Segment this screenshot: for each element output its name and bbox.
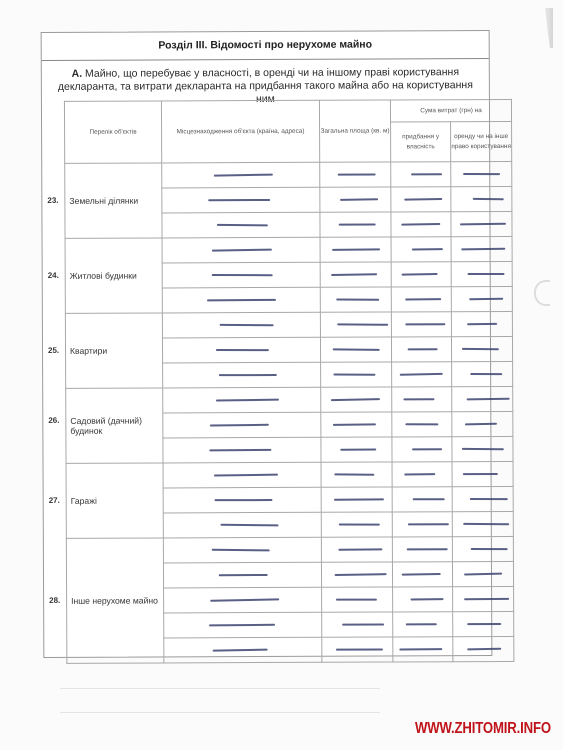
handwritten-dash xyxy=(404,198,442,201)
handwritten-dash xyxy=(412,248,443,250)
handwritten-dash xyxy=(338,524,379,526)
handwritten-dash xyxy=(220,524,278,527)
dash-cell xyxy=(392,362,452,387)
header-location: Місцезнаходження об'єкта (країна, адреса… xyxy=(161,100,319,163)
handwritten-dash xyxy=(403,398,434,400)
next-section-line xyxy=(60,712,380,713)
table-row: 27.Гаражі xyxy=(66,461,513,488)
handwritten-dash xyxy=(463,173,500,175)
category-number: 25. xyxy=(48,346,59,355)
dash-cell xyxy=(163,362,321,388)
page-corner-fold xyxy=(545,8,553,48)
dash-cell xyxy=(452,486,513,511)
category-number: 24. xyxy=(48,271,59,280)
handwritten-dash xyxy=(405,423,438,425)
dash-cell xyxy=(164,587,322,613)
dash-cell xyxy=(391,162,451,187)
handwritten-dash xyxy=(464,598,509,600)
category-text: Садовий (дачний) будинок xyxy=(70,416,142,436)
handwritten-dash xyxy=(210,424,269,427)
handwritten-dash xyxy=(214,174,273,177)
dash-cell xyxy=(162,262,320,288)
category-label: 26.Садовий (дачний) будинок xyxy=(66,388,163,463)
handwritten-dash xyxy=(406,623,437,625)
dash-cell xyxy=(392,562,452,587)
site-watermark: WWW.ZHITOMIR.INFO xyxy=(415,720,551,738)
handwritten-dash xyxy=(332,423,375,425)
dash-cell xyxy=(391,262,451,287)
handwritten-dash xyxy=(211,249,271,252)
handwritten-dash xyxy=(412,498,444,500)
dash-cell xyxy=(163,412,321,438)
handwritten-dash xyxy=(407,348,437,350)
handwritten-dash xyxy=(214,499,272,501)
dash-cell xyxy=(162,187,320,213)
handwritten-dash xyxy=(404,473,435,475)
handwritten-dash xyxy=(400,373,443,376)
handwritten-dash xyxy=(208,199,270,201)
dash-cell xyxy=(321,412,392,437)
handwritten-dash xyxy=(335,599,376,601)
handwritten-dash xyxy=(399,648,442,650)
handwritten-dash xyxy=(466,398,509,401)
dash-cell xyxy=(391,312,451,337)
handwritten-dash xyxy=(340,448,376,450)
handwritten-dash xyxy=(213,649,268,652)
dash-cell xyxy=(163,487,321,513)
dash-cell xyxy=(452,536,513,561)
hole-punch xyxy=(534,280,550,306)
handwritten-dash xyxy=(217,224,268,227)
dash-cell xyxy=(391,212,451,237)
handwritten-dash xyxy=(213,474,277,477)
handwritten-dash xyxy=(461,248,505,251)
handwritten-dash xyxy=(467,273,504,275)
handwritten-dash xyxy=(335,649,382,651)
dash-cell xyxy=(320,262,391,287)
handwritten-dash xyxy=(401,223,440,226)
handwritten-dash xyxy=(337,323,388,325)
handwritten-dash xyxy=(331,273,377,276)
handwritten-dash xyxy=(216,399,279,402)
dash-cell xyxy=(452,361,513,386)
handwritten-dash xyxy=(334,498,384,500)
handwritten-dash xyxy=(210,598,279,601)
header-area: Загальна площа (кв. м) xyxy=(319,100,390,162)
handwritten-dash xyxy=(470,498,508,500)
dash-cell xyxy=(321,487,392,512)
category-text: Земельні ділянки xyxy=(69,196,138,206)
handwritten-dash xyxy=(467,623,501,625)
handwritten-dash xyxy=(463,523,509,525)
handwritten-dash xyxy=(408,523,449,525)
dash-cell xyxy=(451,186,512,211)
handwritten-dash xyxy=(334,473,374,475)
dash-cell xyxy=(391,237,451,262)
dash-cell xyxy=(162,162,320,188)
dash-cell xyxy=(321,537,392,562)
dash-cell xyxy=(392,462,452,487)
dash-cell xyxy=(392,487,452,512)
handwritten-dash xyxy=(219,574,268,576)
dash-cell xyxy=(322,587,393,612)
dash-cell xyxy=(163,512,321,538)
dash-cell xyxy=(392,537,452,562)
dash-cell xyxy=(451,311,512,336)
handwritten-dash xyxy=(212,274,273,276)
dash-cell xyxy=(452,561,513,586)
table-row: 24.Житлові будинки xyxy=(65,236,512,263)
dash-cell xyxy=(164,637,322,663)
dash-cell xyxy=(162,212,320,238)
category-label: 25.Квартири xyxy=(65,313,162,388)
handwritten-dash xyxy=(465,423,497,426)
dash-cell xyxy=(320,312,391,337)
table-row: 28.Інше нерухоме майно xyxy=(66,536,513,563)
dash-cell xyxy=(451,336,512,361)
dash-cell xyxy=(162,287,320,313)
dash-cell xyxy=(453,586,514,611)
category-text: Житлові будинки xyxy=(70,271,137,281)
dash-cell xyxy=(163,437,321,463)
dash-cell xyxy=(391,187,451,212)
dash-cell xyxy=(162,237,320,263)
table-row: 26.Садовий (дачний) будинок xyxy=(66,386,513,413)
handwritten-dash xyxy=(342,624,384,626)
handwritten-dash xyxy=(470,548,507,550)
dash-cell xyxy=(451,161,512,186)
dash-cell xyxy=(162,337,320,363)
handwritten-dash xyxy=(219,324,273,326)
dash-cell xyxy=(391,287,451,312)
section-title: Розділ III. Відомості про нерухоме майно xyxy=(42,31,489,61)
category-number: 28. xyxy=(49,596,60,605)
handwritten-dash xyxy=(218,374,276,376)
dash-cell xyxy=(320,212,391,237)
handwritten-dash xyxy=(472,198,503,200)
category-number: 23. xyxy=(47,196,58,205)
header-objects: Перелік об'єктів xyxy=(64,101,161,163)
handwritten-dash xyxy=(333,373,375,375)
handwritten-dash xyxy=(332,348,379,351)
handwritten-dash xyxy=(207,299,276,301)
dash-cell xyxy=(453,636,514,661)
real-estate-table: Перелік об'єктів Місцезнаходження об'єкт… xyxy=(64,99,514,664)
handwritten-dash xyxy=(402,573,441,576)
handwritten-dash xyxy=(460,223,506,226)
dash-cell xyxy=(322,637,393,662)
dash-cell xyxy=(392,387,452,412)
dash-cell xyxy=(162,312,320,338)
category-number: 27. xyxy=(49,496,60,505)
handwritten-dash xyxy=(470,373,502,375)
dash-cell xyxy=(163,387,321,413)
next-section-line xyxy=(60,688,380,689)
handwritten-dash xyxy=(411,173,442,175)
handwritten-dash xyxy=(336,298,379,300)
dash-cell xyxy=(392,412,452,437)
dash-cell xyxy=(320,337,391,362)
dash-cell xyxy=(321,387,392,412)
dash-cell xyxy=(392,512,452,537)
subsection-letter: А. xyxy=(72,68,83,80)
dash-cell xyxy=(451,286,512,311)
handwritten-dash xyxy=(340,198,378,201)
handwritten-dash xyxy=(461,348,498,350)
dash-cell xyxy=(391,337,451,362)
category-label: 28.Інше нерухоме майно xyxy=(66,538,164,663)
declaration-form-section: Розділ III. Відомості про нерухоме майно… xyxy=(41,30,493,658)
handwritten-dash xyxy=(401,273,437,276)
dash-cell xyxy=(321,562,392,587)
handwritten-dash xyxy=(332,248,380,250)
header-expenses: Сума витрат (грн) на xyxy=(390,99,511,122)
dash-cell xyxy=(453,611,514,636)
dash-cell xyxy=(163,562,321,588)
dash-cell xyxy=(321,437,392,462)
header-rent: оренду чи на інше право користування xyxy=(451,121,512,161)
dash-cell xyxy=(393,637,453,662)
dash-cell xyxy=(321,362,392,387)
header-purchase: придбання у власність xyxy=(391,122,451,162)
dash-cell xyxy=(163,537,321,563)
handwritten-dash xyxy=(330,398,379,401)
dash-cell xyxy=(392,437,452,462)
dash-cell xyxy=(451,236,512,261)
dash-cell xyxy=(452,511,513,536)
handwritten-dash xyxy=(338,174,376,176)
handwritten-dash xyxy=(469,298,503,301)
handwritten-dash xyxy=(407,548,448,550)
dash-cell xyxy=(320,187,391,212)
dash-cell xyxy=(452,411,513,436)
handwritten-dash xyxy=(209,449,271,451)
dash-cell xyxy=(452,386,513,411)
dash-cell xyxy=(451,261,512,286)
category-label: 23.Земельні ділянки xyxy=(65,163,162,238)
table-row: 25.Квартири xyxy=(65,311,512,338)
dash-cell xyxy=(321,462,392,487)
handwritten-dash xyxy=(209,624,275,627)
handwritten-dash xyxy=(405,298,441,300)
handwritten-dash xyxy=(462,473,497,475)
handwritten-dash xyxy=(216,349,269,351)
table-row: 23.Земельні ділянки xyxy=(65,161,512,188)
category-text: Гаражі xyxy=(71,496,97,506)
dash-cell xyxy=(320,162,391,187)
handwritten-dash xyxy=(338,548,382,550)
dash-cell xyxy=(320,287,391,312)
dash-cell xyxy=(452,436,513,461)
handwritten-dash xyxy=(338,224,375,226)
dash-cell xyxy=(164,612,322,638)
handwritten-dash xyxy=(467,323,497,325)
category-number: 26. xyxy=(48,416,59,425)
handwritten-dash xyxy=(462,448,504,450)
handwritten-dash xyxy=(467,648,501,651)
handwritten-dash xyxy=(405,323,445,325)
category-text: Інше нерухоме майно xyxy=(71,595,158,605)
handwritten-dash xyxy=(412,448,442,450)
category-label: 24.Житлові будинки xyxy=(65,238,162,313)
dash-cell xyxy=(163,462,321,488)
category-label: 27.Гаражі xyxy=(66,463,163,538)
dash-cell xyxy=(322,612,393,637)
table-body: 23.Земельні ділянки24.Житлові будинки25.… xyxy=(65,161,514,663)
dash-cell xyxy=(393,612,453,637)
handwritten-dash xyxy=(411,598,444,600)
handwritten-dash xyxy=(211,549,269,552)
dash-cell xyxy=(452,461,513,486)
category-text: Квартири xyxy=(70,346,107,356)
handwritten-dash xyxy=(335,573,387,576)
dash-cell xyxy=(451,211,512,236)
dash-cell xyxy=(321,512,392,537)
handwritten-dash xyxy=(464,573,502,576)
dash-cell xyxy=(393,587,453,612)
dash-cell xyxy=(320,237,391,262)
